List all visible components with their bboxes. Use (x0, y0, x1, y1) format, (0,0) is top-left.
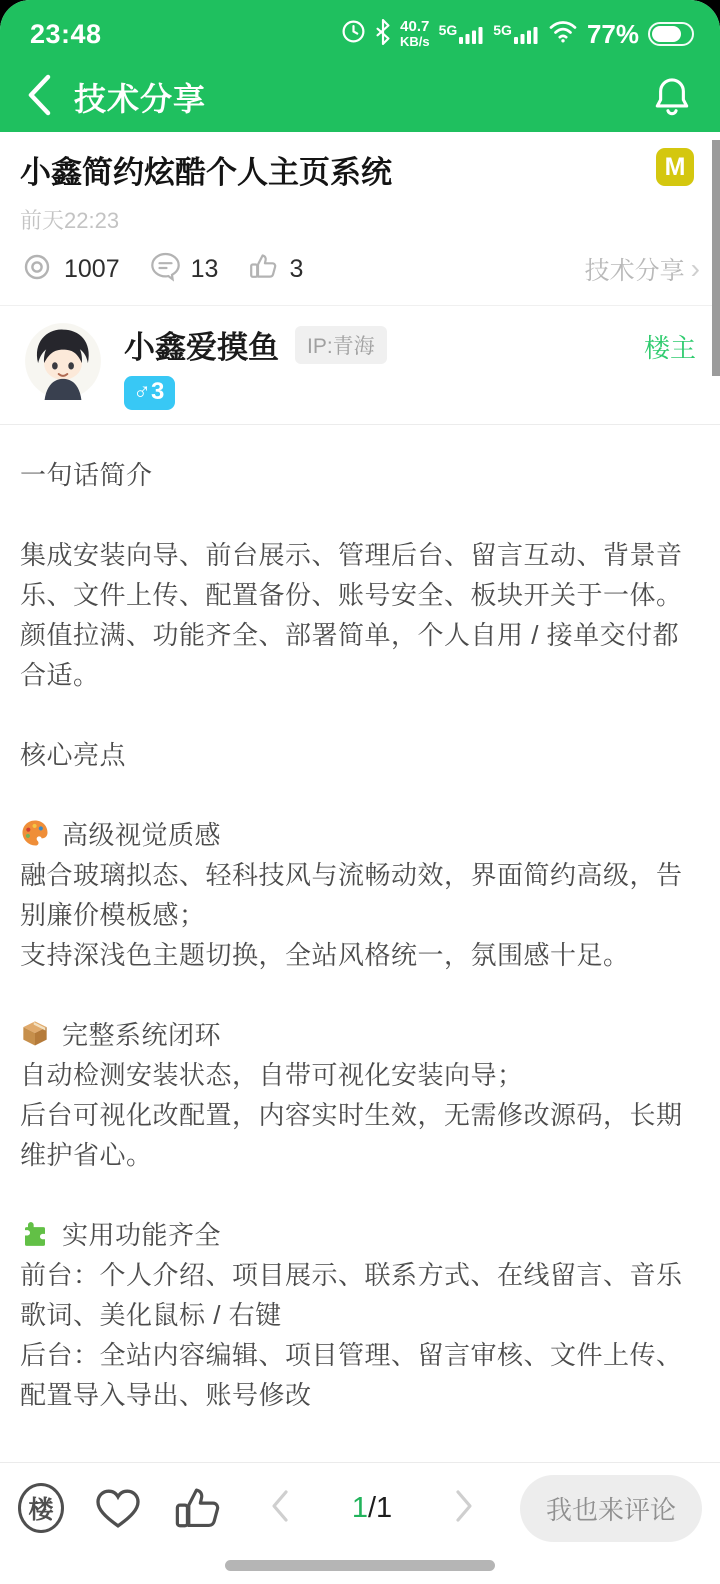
battery-icon (648, 22, 694, 46)
next-page-icon[interactable] (454, 1489, 474, 1528)
paragraph-gap (20, 975, 700, 1015)
ip-badge: IP:青海 (295, 326, 387, 364)
body-paragraph: 后台：全站内容编辑、项目管理、留言审核、文件上传、配置导入导出、账号修改 (20, 1335, 700, 1415)
wifi-icon (548, 19, 578, 49)
status-time: 23:48 (30, 19, 102, 50)
body-paragraph: 集成安装向导、前台展示、管理后台、留言互动、背景音乐、文件上传、配置备份、账号安… (20, 535, 700, 615)
body-paragraph: 后台可视化改配置，内容实时生效，无需修改源码，长期维护省心。 (20, 1095, 700, 1175)
op-role-badge: 楼主 (644, 328, 696, 410)
home-indicator[interactable] (225, 1560, 495, 1571)
clock-icon (341, 19, 366, 49)
scrollbar[interactable] (712, 140, 720, 376)
author-info: 小鑫爱摸鱼 IP:青海 ♂3 (124, 322, 387, 410)
battery-percent: 77% (587, 19, 639, 50)
bluetooth-icon (375, 19, 391, 50)
status-icons: 40.7 KB/s 5G 5G 77% (341, 19, 694, 50)
comment-input-button[interactable]: 我也来评论 (520, 1475, 702, 1542)
body-paragraph: 实用功能齐全 (20, 1215, 700, 1255)
bell-icon[interactable] (650, 74, 694, 120)
post-stats-row: 1007 13 3 技术分享 › (20, 251, 700, 305)
nav-bar: 技术分享 (0, 62, 720, 132)
body-paragraph: 支持深浅色主题切换，全站风格统一，氛围感十足。 (20, 935, 700, 975)
category-link[interactable]: 技术分享 › (585, 251, 700, 287)
back-icon[interactable] (26, 73, 52, 122)
page-indicator: 1/1 (352, 1492, 392, 1525)
post-header-card: 小鑫简约炫酷个人主页系统 M 前天22:23 1007 13 3 技术分享 › (0, 132, 720, 306)
post-title: 小鑫简约炫酷个人主页系统 (20, 154, 700, 192)
likes-stat: 3 (248, 252, 303, 286)
like-button[interactable] (172, 1484, 224, 1533)
body-paragraph: 颜值拉满、功能齐全、部署简单，个人自用 / 接单交付都合适。 (20, 615, 700, 695)
favorite-button[interactable] (94, 1487, 142, 1530)
paragraph-gap (20, 695, 700, 735)
comment-icon (150, 252, 181, 287)
likes-count: 3 (289, 255, 303, 284)
network-speed-value: 40.7 (400, 19, 429, 35)
top-green-block: 23:48 40.7 KB/s 5G 5G (0, 0, 720, 132)
sim1-network-label: 5G (439, 23, 458, 37)
status-bar: 23:48 40.7 KB/s 5G 5G (0, 0, 720, 62)
views-stat: 1007 (20, 254, 120, 285)
body-paragraph: 前台：个人介绍、项目展示、联系方式、在线留言、音乐歌词、美化鼠标 / 右键 (20, 1255, 700, 1335)
chevron-right-icon: › (691, 255, 700, 283)
puzzle-emoji-icon (20, 1218, 50, 1248)
avatar[interactable] (24, 322, 102, 400)
views-count: 1007 (64, 255, 120, 284)
paragraph-gap (20, 1415, 700, 1455)
comments-count: 13 (191, 255, 219, 284)
category-label: 技术分享 (585, 251, 685, 287)
network-speed: 40.7 KB/s (400, 19, 430, 48)
paragraph-gap (20, 1175, 700, 1215)
bottom-toolbar: 楼 1/1 我也来评论 (0, 1462, 720, 1584)
network-speed-unit: KB/s (400, 35, 430, 49)
author-name[interactable]: 小鑫爱摸鱼 (124, 322, 279, 367)
palette-emoji-icon (20, 818, 50, 848)
gender-level-badge: ♂3 (124, 376, 175, 410)
medal-badge-icon: M (656, 148, 694, 186)
body-paragraph: 自动检测安装状态，自带可视化安装向导； (20, 1055, 700, 1095)
sim2-network-label: 5G (493, 23, 512, 37)
paragraph-gap (20, 495, 700, 535)
signal-sim2-icon: 5G (493, 23, 539, 45)
body-paragraph: 一句话简介 (20, 455, 700, 495)
app-screen: 23:48 40.7 KB/s 5G 5G (0, 0, 720, 1584)
page-title: 技术分享 (74, 74, 206, 120)
paragraph-gap (20, 775, 700, 815)
thumbs-up-icon (248, 252, 279, 286)
total-pages: /1 (368, 1492, 392, 1524)
current-page: 1 (352, 1492, 368, 1524)
author-row: 小鑫爱摸鱼 IP:青海 ♂3 楼主 (0, 306, 720, 425)
floor-button[interactable]: 楼 (18, 1483, 64, 1533)
pagination: 1/1 (224, 1489, 520, 1528)
body-paragraph: 高级视觉质感 (20, 815, 700, 855)
body-paragraph: 完整系统闭环 (20, 1015, 700, 1055)
prev-page-icon[interactable] (270, 1489, 290, 1528)
post-time: 前天22:23 (20, 204, 700, 235)
views-icon (20, 254, 54, 285)
signal-sim1-icon: 5G (439, 23, 485, 45)
body-paragraph: 核心亮点 (20, 735, 700, 775)
comments-stat: 13 (150, 252, 219, 287)
package-emoji-icon (20, 1018, 50, 1048)
body-paragraph: 融合玻璃拟态、轻科技风与流畅动效，界面简约高级，告别廉价模板感； (20, 855, 700, 935)
post-body: 一句话简介集成安装向导、前台展示、管理后台、留言互动、背景音乐、文件上传、配置备… (0, 425, 720, 1477)
